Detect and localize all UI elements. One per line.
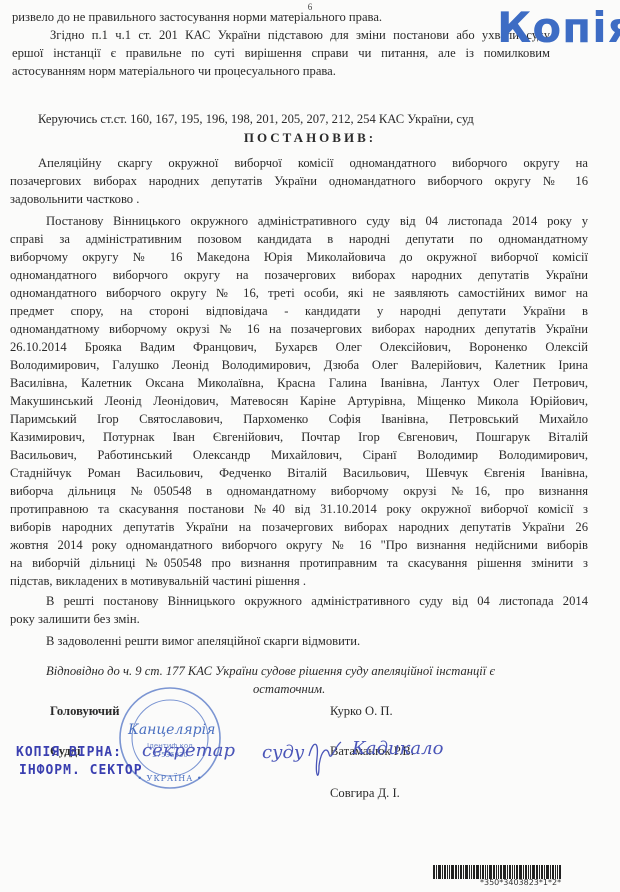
text-line: виборів народних депутатів України на по… <box>10 518 588 536</box>
text-line: Василівна, Калетник Оксана Миколаївна, К… <box>10 374 588 392</box>
text-line: одномандатному виборчому окрузі № 16 на … <box>10 320 588 338</box>
text-line: Згідно п.1 ч.1 ст. 201 КАС України підст… <box>50 26 550 44</box>
text-line: справі за адміністративним позовом канди… <box>10 230 588 248</box>
seal-center-text: Канцелярія <box>128 722 212 738</box>
text-line: одномандатного виборчого округу на позач… <box>10 266 588 284</box>
text-line: астосуванням норм матеріального чи проце… <box>12 62 336 80</box>
text-line: виборча дільниця №050548 в одномандатном… <box>10 482 588 500</box>
signature-icon <box>305 736 345 791</box>
text-line: виборчому округу № 16 Македона Юрія Мико… <box>10 248 588 266</box>
text-line: Казимирович, Потурнак Іван Євгенійович, … <box>10 428 588 446</box>
finality-note-line-2: остаточним. <box>253 680 325 698</box>
text-line: 26.10.2014 Брояка Вадим Францович, Бухар… <box>10 338 588 356</box>
text-line: Стаднійчук Роман Васильович, Федченко Ві… <box>10 464 588 482</box>
verified-copy-stamp-line-2: ІНФОРМ. СЕКТОР <box>19 762 143 779</box>
text-line: Постанову Вінницького окружного адмініст… <box>46 212 588 230</box>
paragraph-4: В задоволенні решти вимог апеляційної ск… <box>46 632 360 650</box>
text-line: року залишити без змін. <box>10 610 140 628</box>
text-line: протиправною та скасування постанови №40… <box>10 500 588 518</box>
handwritten-secretary: секретар <box>142 740 235 761</box>
text-line: задовольнити частково . <box>10 190 139 208</box>
text-line: жовтня 2014 року одномандатного виборчог… <box>10 536 588 554</box>
handwritten-name: Кадикало <box>352 738 443 759</box>
text-line: Апеляційну скаргу окружної виборчої комі… <box>38 154 588 172</box>
text-line: підстав, викладених в мотивувальній част… <box>10 572 306 590</box>
text-line: ризвело до не правильного застосування н… <box>12 8 382 26</box>
text-line: позачергових виборах народних депутатів … <box>10 172 588 190</box>
text-line: ершої інстанції є правильне по суті вирі… <box>12 44 550 62</box>
text-line: Володимирович, Галушко Леонід Володимиро… <box>10 356 588 374</box>
handwritten-court: суду <box>262 742 304 763</box>
text-line: Макушинський Леонід Леонідович, Матевося… <box>10 392 588 410</box>
resolution-title: ПОСТАНОВИВ: <box>0 130 620 146</box>
text-line: Васильович, Работинський Олександр Михай… <box>10 446 588 464</box>
text-line: на виборчій дільниці №050548 про визнанн… <box>10 554 588 572</box>
verified-copy-stamp-line-1: КОПІЯ ВІРНА: <box>16 744 122 761</box>
presiding-name: Курко О. П. <box>330 702 393 720</box>
barcode <box>433 865 613 879</box>
barcode-text: *350*3403823*1*2* <box>480 878 561 887</box>
text-line: одномандатного виборчого округу № 16, тр… <box>10 284 588 302</box>
presiding-label: Головуючий <box>50 702 120 720</box>
text-line: Паримський Ігор Святославович, Пархоменк… <box>10 410 588 428</box>
text-line: предмет спору, на стороні відповідача - … <box>10 302 588 320</box>
copy-stamp: Копія <box>497 3 620 53</box>
finality-note-line-1: Відповідно до ч. 9 ст. 177 КАС України с… <box>46 662 495 680</box>
text-line: В решті постанову Вінницького окружного … <box>46 592 588 610</box>
guided-by-line: Керуючись ст.ст. 160, 167, 195, 196, 198… <box>38 110 474 128</box>
